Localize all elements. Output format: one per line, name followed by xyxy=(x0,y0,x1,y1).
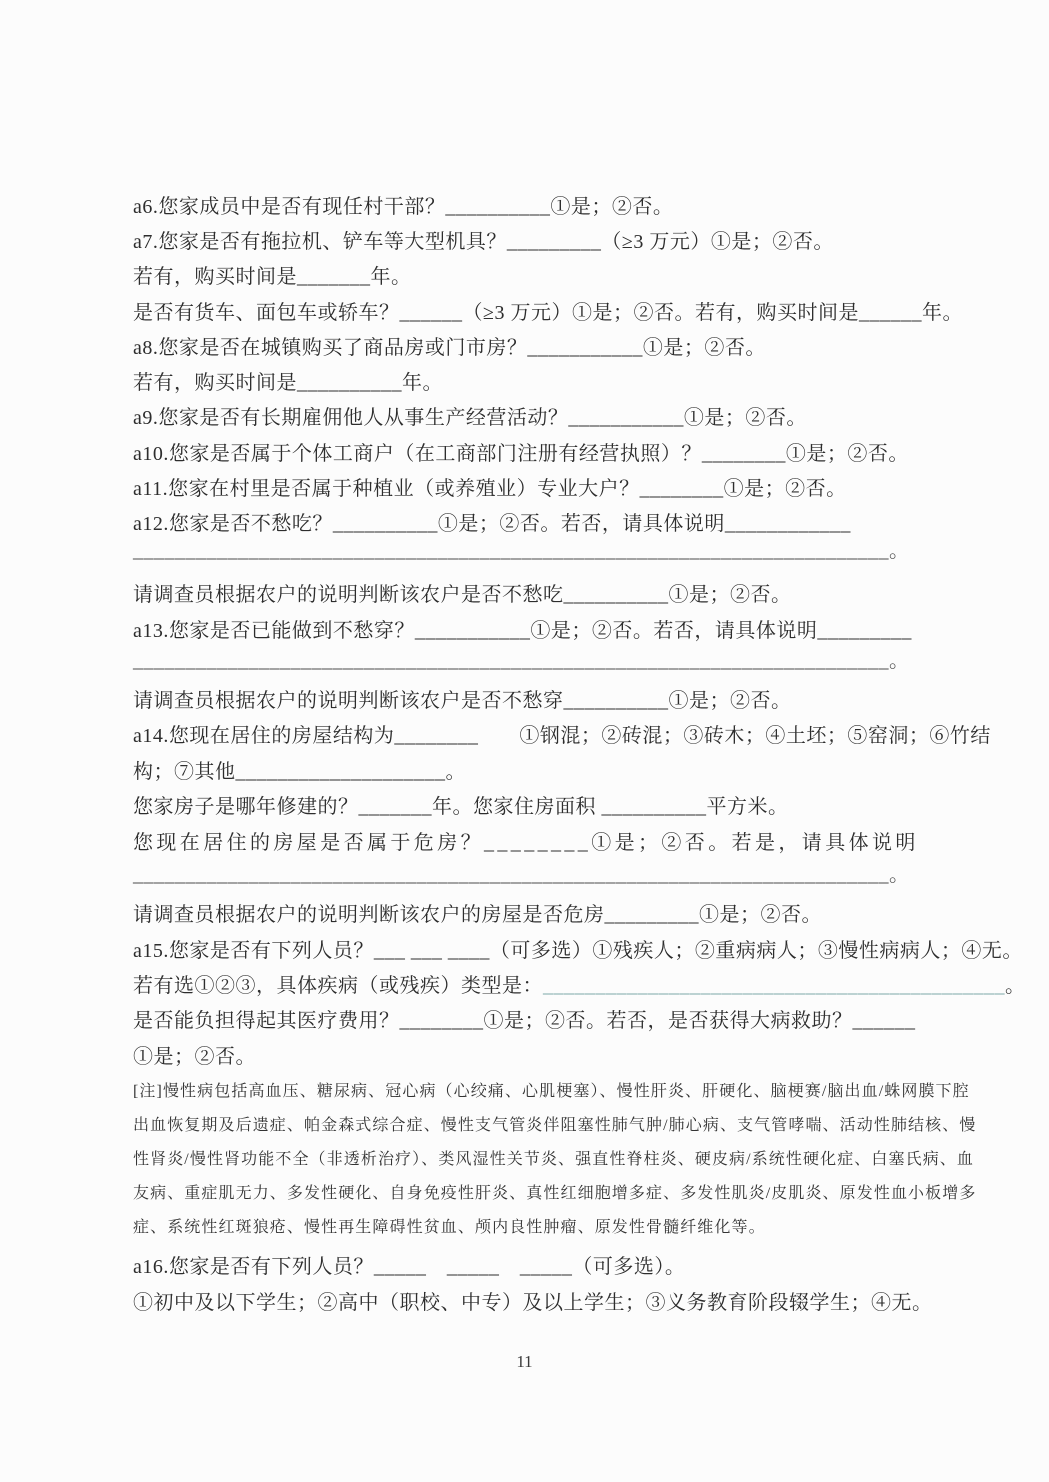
question-a7-machinery: a7.您家是否有拖拉机、铲车等大型机具？_________（≥3 万元）①是；②… xyxy=(133,228,834,256)
period-mark: 。 xyxy=(889,540,910,562)
a15-disease-type: 若有选①②③，具体疾病（或残疾）类型是：____________________… xyxy=(133,972,1026,1000)
a14-dangerous-house: 您现在居住的房屋是否属于危房？________①是；②否。若是，请具体说明 xyxy=(133,829,919,857)
a15-yes-no-options: ①是；②否。 xyxy=(133,1043,256,1071)
question-a7-purchase-year: 若有，购买时间是_______年。 xyxy=(133,263,412,291)
question-a7-vehicles: 是否有货车、面包车或轿车？______（≥3 万元）①是；②否。若有，购买时间是… xyxy=(133,299,963,327)
question-a6-village-cadre: a6.您家成员中是否有现任村干部？__________①是；②否。 xyxy=(133,193,673,221)
chronic-disease-note-line-1: [注]慢性病包括高血压、糖尿病、冠心病（心绞痛、心肌梗塞）、慢性肝炎、肝硬化、脑… xyxy=(133,1080,970,1104)
chronic-disease-note-line-3: 性肾炎/慢性肾功能不全（非透析治疗）、类风湿性关节炎、强直性脊柱炎、硬皮病/系统… xyxy=(133,1148,974,1172)
question-a10-self-employed-business: a10.您家是否属于个体工商户（在工商部门注册有经营执照）？________①是… xyxy=(133,440,909,468)
blank-underline: ________________________________________… xyxy=(133,864,889,886)
a15-disease-type-label: 若有选①②③，具体疾病（或残疾）类型是： xyxy=(133,975,543,997)
a14-surveyor-judgement: 请调查员根据农户的说明判断该农户的房屋是否危房_________①是；②否。 xyxy=(133,901,822,929)
a16-options: ①初中及以下学生；②高中（职校、中专）及以上学生；③义务教育阶段辍学生；④无。 xyxy=(133,1289,933,1317)
period-mark: 。 xyxy=(1005,975,1026,997)
question-a13-clothing-security: a13.您家是否已能做到不愁穿？___________①是；②否。若否，请具体说… xyxy=(133,617,912,645)
a13-surveyor-judgement: 请调查员根据农户的说明判断该农户是否不愁穿__________①是；②否。 xyxy=(133,687,792,715)
question-a9-long-term-employment: a9.您家是否有长期雇佣他人从事生产经营活动？___________①是；②否。 xyxy=(133,404,807,432)
question-a8-commercial-housing: a8.您家是否在城镇购买了商品房或门市房？___________①是；②否。 xyxy=(133,334,766,362)
question-a11-large-scale-farming: a11.您家在村里是否属于种植业（或养殖业）专业大户？________①是；②否… xyxy=(133,475,847,503)
period-mark: 。 xyxy=(889,864,910,886)
a14-explanation-blank-line: ________________________________________… xyxy=(133,861,910,889)
page-number: 11 xyxy=(0,1352,1049,1372)
a14-build-year-and-area: 您家房子是哪年修建的？_______年。您家住房面积 __________平方米… xyxy=(133,793,789,821)
question-a16-student-members: a16.您家是否有下列人员？_____ _____ _____（可多选）。 xyxy=(133,1253,685,1281)
a12-surveyor-judgement: 请调查员根据农户的说明判断该农户是否不愁吃__________①是；②否。 xyxy=(133,581,792,609)
blank-underline: ________________________________________… xyxy=(133,540,889,562)
a15-medical-affordability: 是否能负担得起其医疗费用？________①是；②否。若否，是否获得大病救助？_… xyxy=(133,1007,916,1035)
document-page: a6.您家成员中是否有现任村干部？__________①是；②否。 a7.您家是… xyxy=(0,0,1049,1482)
blank-underline: ________________________________________… xyxy=(543,975,1005,997)
a12-explanation-blank-line: ________________________________________… xyxy=(133,537,910,565)
question-a12-food-security: a12.您家是否不愁吃？__________①是；②否。若否，请具体说明____… xyxy=(133,510,851,538)
a13-explanation-blank-line: ________________________________________… xyxy=(133,647,910,675)
blank-underline: ________________________________________… xyxy=(133,650,889,672)
chronic-disease-note-line-5: 症、系统性红斑狼疮、慢性再生障碍性贫血、颅内良性肿瘤、原发性骨髓纤维化等。 xyxy=(133,1216,766,1240)
question-a14-house-structure: a14.您现在居住的房屋结构为________ ①钢混；②砖混；③砖木；④土坯；… xyxy=(133,722,991,750)
question-a15-special-members: a15.您家是否有下列人员？___ ___ ____（可多选）①残疾人；②重病病… xyxy=(133,937,1023,965)
a14-structure-other: 构；⑦其他____________________。 xyxy=(133,758,466,786)
chronic-disease-note-line-4: 友病、重症肌无力、多发性硬化、自身免疫性肝炎、真性红细胞增多症、多发性肌炎/皮肌… xyxy=(133,1182,976,1206)
chronic-disease-note-line-2: 出血恢复期及后遗症、帕金森式综合症、慢性支气管炎伴阻塞性肺气肿/肺心病、支气管哮… xyxy=(133,1114,976,1138)
period-mark: 。 xyxy=(889,650,910,672)
question-a8-purchase-year: 若有，购买时间是__________年。 xyxy=(133,369,443,397)
